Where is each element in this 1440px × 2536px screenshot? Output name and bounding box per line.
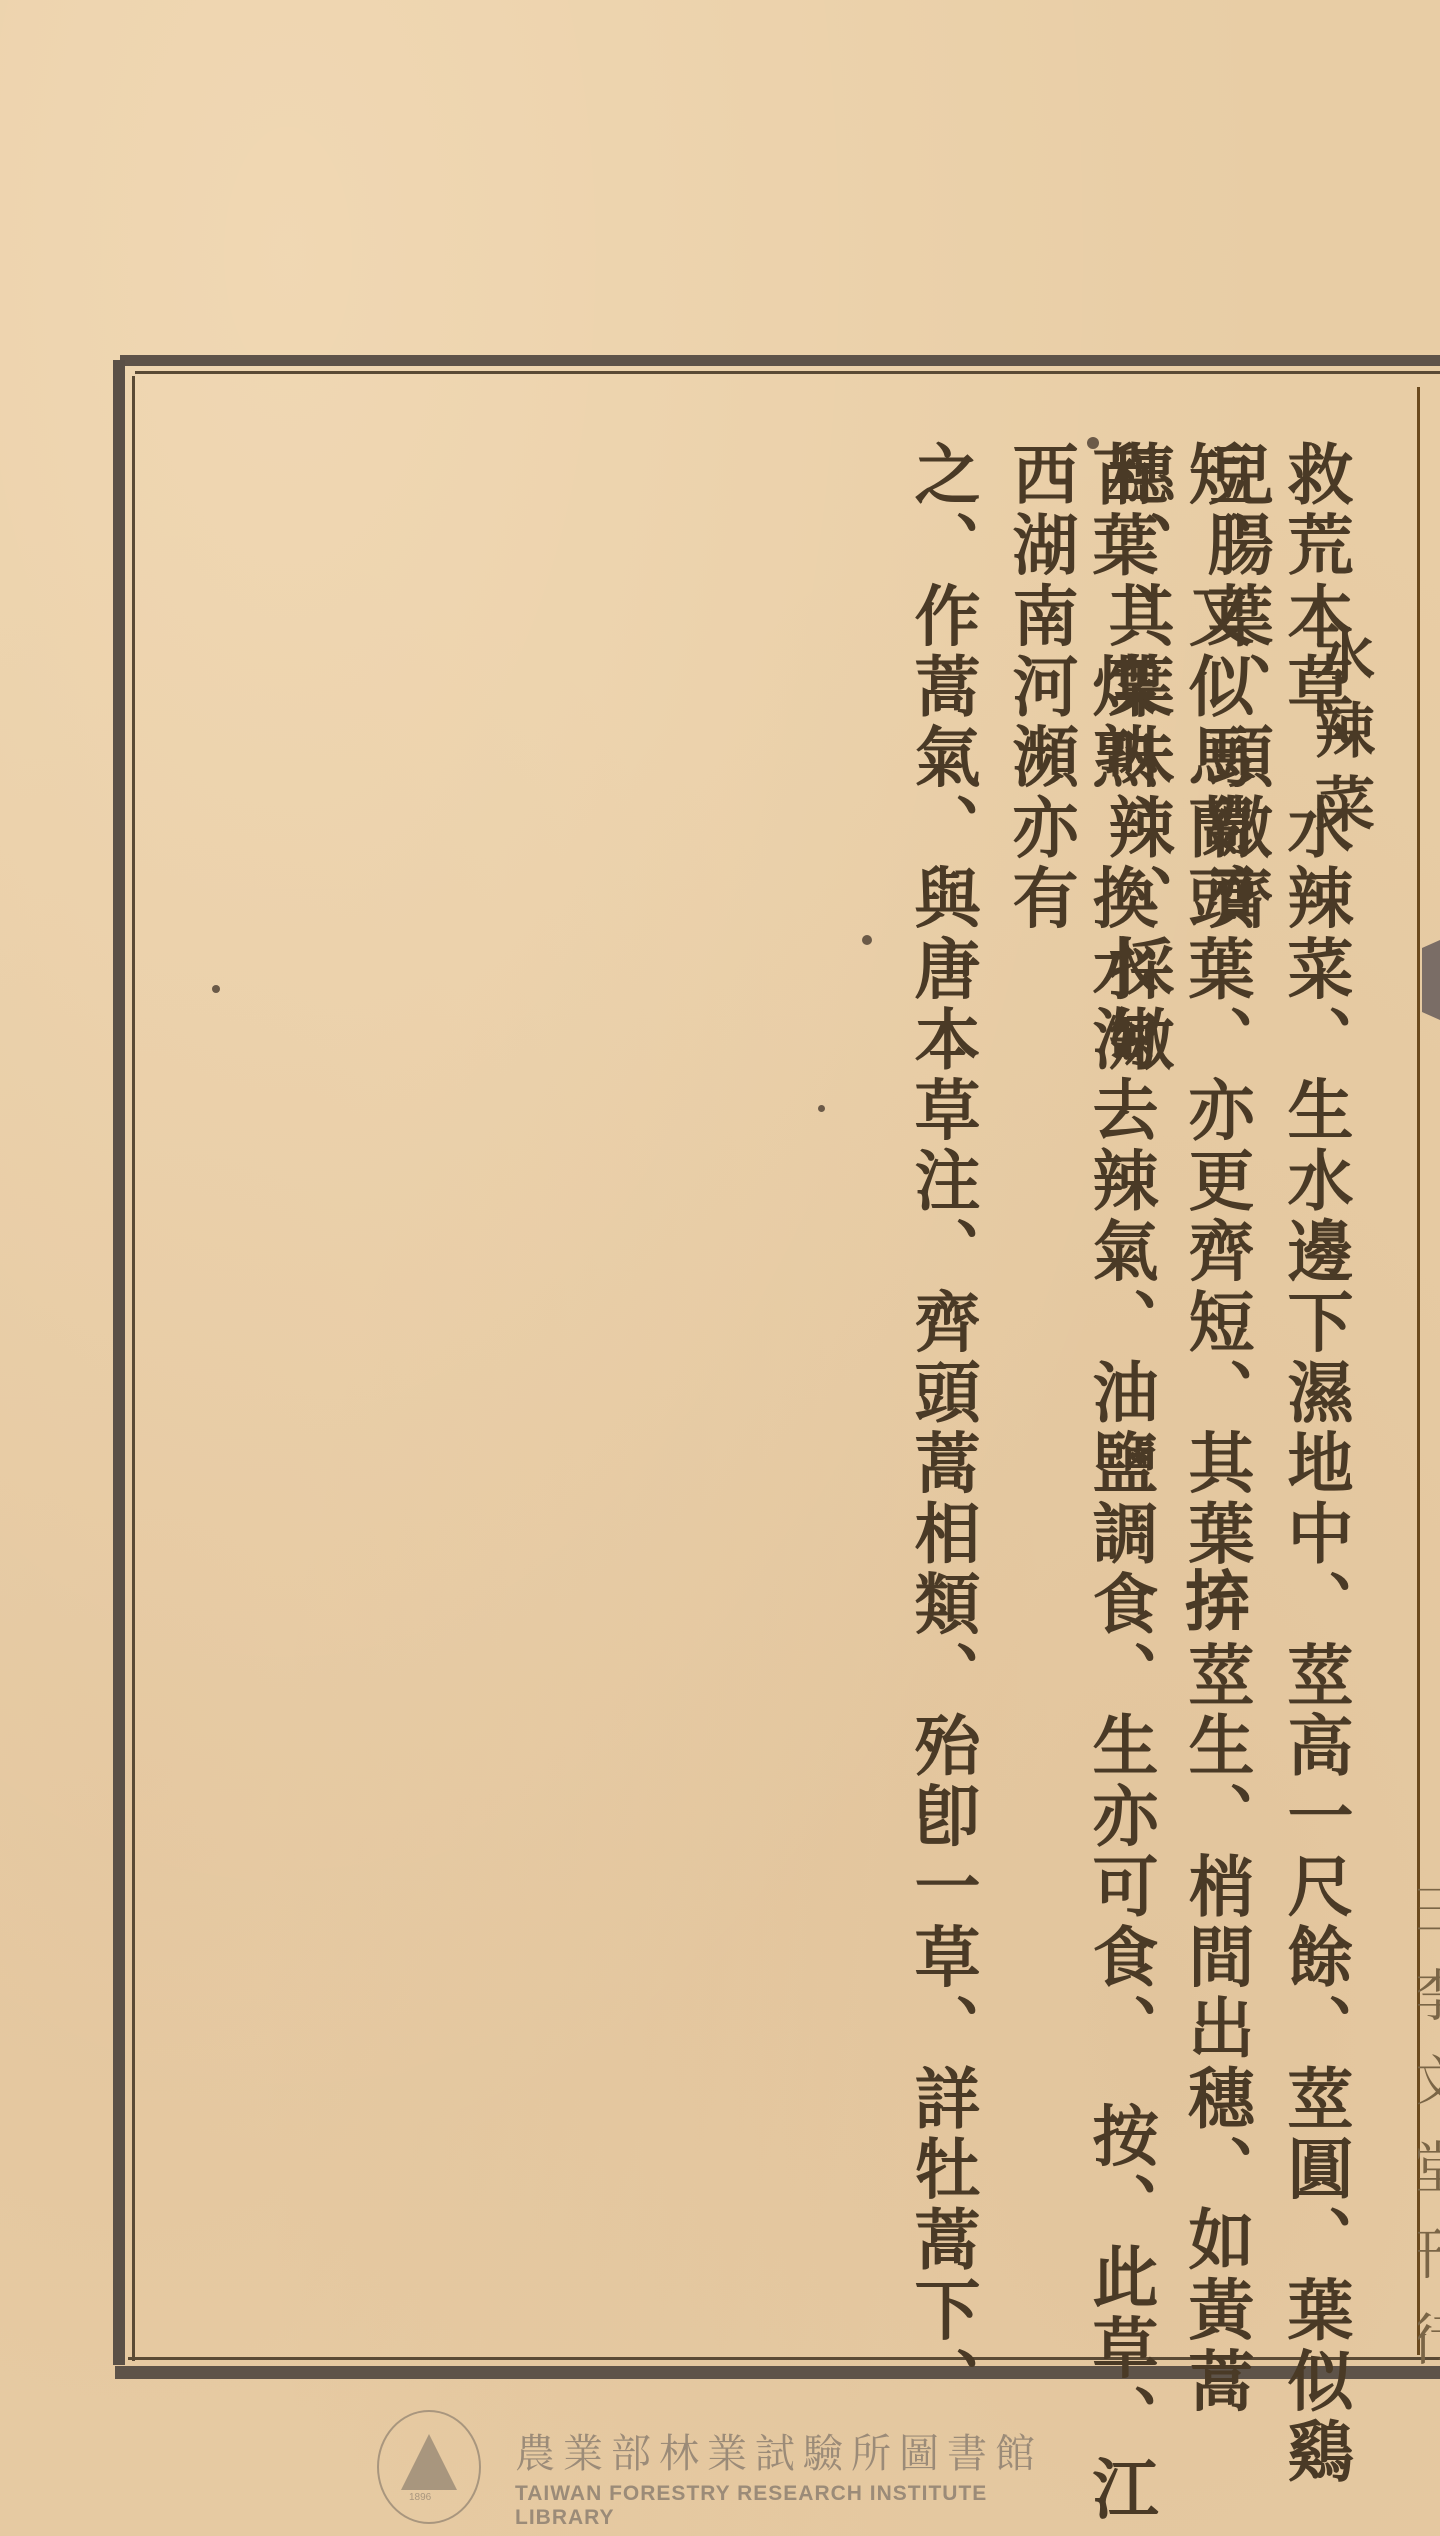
fishtail-mark-icon	[1422, 940, 1440, 1020]
frame-outer-left-border	[113, 360, 125, 2365]
ink-spot	[1087, 437, 1099, 449]
ink-spot	[818, 1105, 825, 1112]
center-fold-publisher-text: 三李文堂刊行	[1418, 1880, 1440, 2396]
text-column-3: 苗葉、煠熟、換水淘去辣氣、油鹽調食、生亦可食、 按、此草、江西湖南河瀕亦有	[1000, 440, 1160, 2536]
institute-seal-icon: 1896	[377, 2410, 481, 2524]
library-name-english: TAIWAN FORESTRY RESEARCH INSTITUTE LIBRA…	[515, 2482, 1075, 2530]
ink-spot	[212, 985, 220, 993]
seal-year: 1896	[409, 2492, 431, 2503]
library-watermark: 1896 農業部林業試驗所圖書館 TAIWAN FORESTRY RESEARC…	[375, 2410, 1075, 2530]
frame-outer-top-border	[120, 355, 1440, 366]
frame-inner-top-border	[135, 371, 1440, 374]
frame-inner-left-border	[132, 376, 135, 2361]
text-column-4: 之、作蒿氣、與唐本草注、齊頭蒿相類、殆卽一草、詳牡蒿下、	[902, 440, 982, 2417]
library-name-chinese: 農業部林業試驗所圖書館	[515, 2422, 1043, 2479]
ink-spot	[862, 935, 872, 945]
seal-triangle-icon	[401, 2434, 457, 2490]
